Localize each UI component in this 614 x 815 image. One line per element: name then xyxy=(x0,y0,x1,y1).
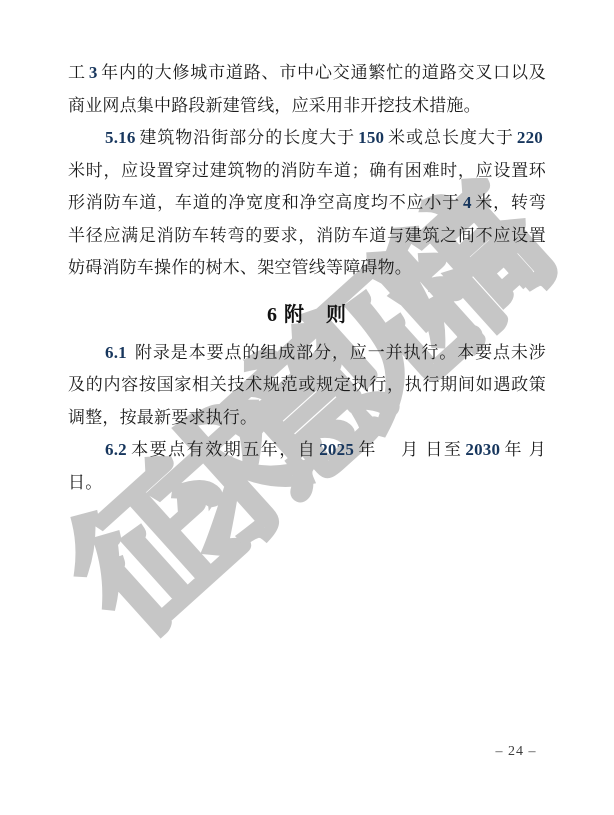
paragraph-road-overflow: 工3年内的大修城市道路、市中心交通繁忙的道路交叉口以及商业网点集中路段新建管线，… xyxy=(68,57,546,122)
document-page: 征求意见稿 工3年内的大修城市道路、市中心交通繁忙的道路交叉口以及商业网点集中路… xyxy=(0,0,614,815)
page-number: – 24 – xyxy=(470,744,562,760)
page-body: 工3年内的大修城市道路、市中心交通繁忙的道路交叉口以及商业网点集中路段新建管线，… xyxy=(68,57,546,499)
paragraph-clause-5-16: 5.16建筑物沿街部分的长度大于150米或总长度大于220米时，应设置穿过建筑物… xyxy=(68,122,546,285)
paragraph-clause-6-2: 6.2本要点有效期五年，自2025年 月 日至2030年 月 日。 xyxy=(68,434,546,499)
paragraph-clause-6-1: 6.1 附录是本要点的组成部分，应一并执行。本要点未涉及的内容按国家相关技术规范… xyxy=(68,337,546,435)
chapter-heading: 6 附 则 xyxy=(68,301,546,329)
